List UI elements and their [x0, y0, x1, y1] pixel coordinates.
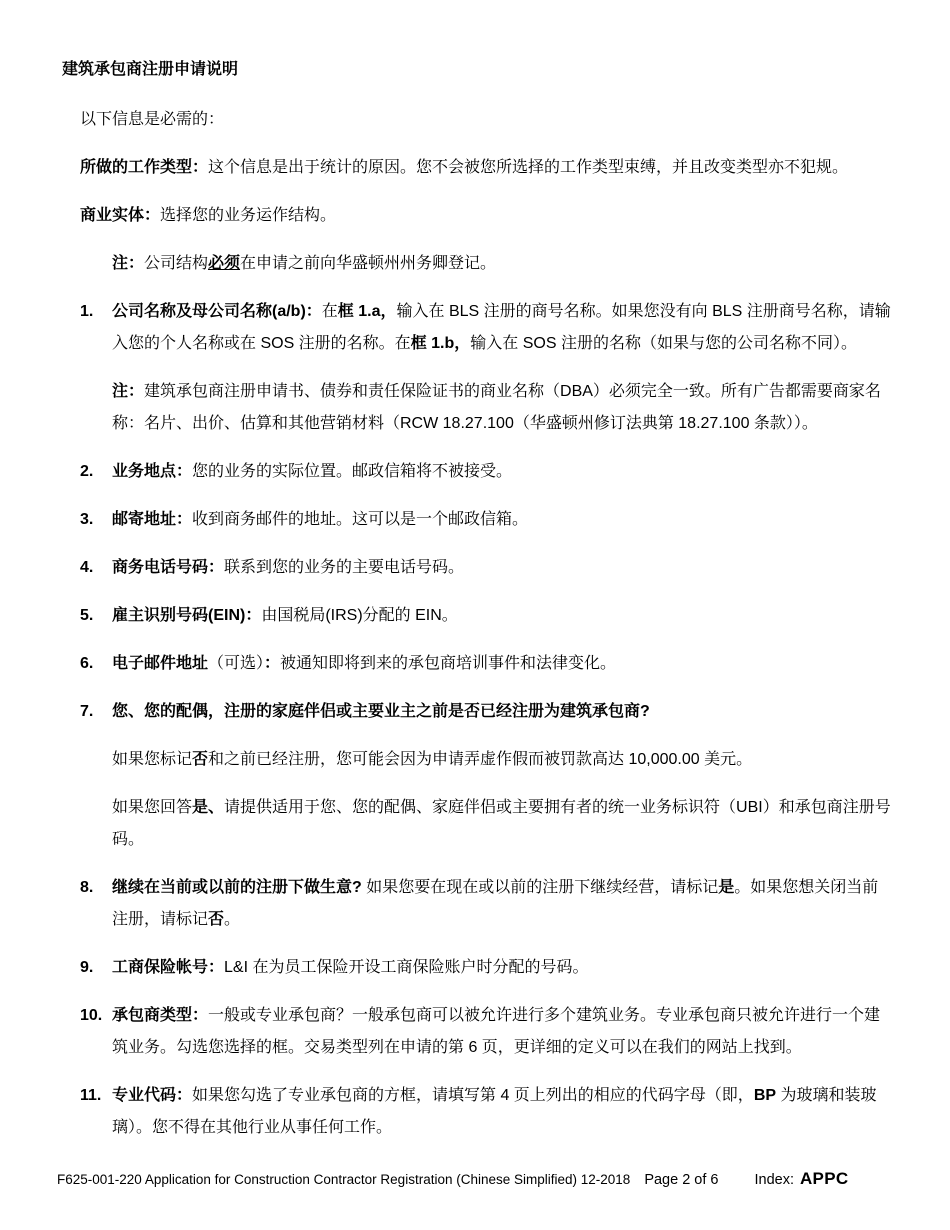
text-segment: 必须: [208, 255, 240, 272]
document-page: 建筑承包商注册申请说明 以下信息是必需的：所做的工作类型：这个信息是出于统计的原…: [0, 0, 950, 1230]
indented-paragraph: 注：建筑承包商注册申请书、债券和责任保险证书的商业名称（DBA）必须完全一致。所…: [112, 376, 892, 440]
text-segment: 以下信息是必需的：: [80, 111, 224, 128]
text-segment: 继续在当前或以前的注册下做生意?: [112, 879, 362, 896]
numbered-item: 7.您、您的配偶，注册的家庭伴侣或主要业主之前是否已经注册为建筑承包商?: [80, 696, 892, 728]
text-segment: 公司名称及母公司名称(a/b)：: [112, 303, 322, 320]
text-segment: 框 1.b，: [411, 335, 471, 352]
text-segment: 邮寄地址：: [112, 511, 192, 528]
paragraph: 商业实体：选择您的业务运作结构。: [80, 200, 892, 232]
text-segment: 如果您回答: [112, 799, 192, 816]
item-number: 7.: [80, 696, 112, 728]
numbered-item: 5.雇主识别号码(EIN)：由国税局(IRS)分配的 EIN。: [80, 600, 892, 632]
text-segment: 收到商务邮件的地址。这可以是一个邮政信箱。: [192, 511, 528, 528]
text-segment: 业务地点：: [112, 463, 192, 480]
numbered-item: 6.电子邮件地址（可选）：被通知即将到来的承包商培训事件和法律变化。: [80, 648, 892, 680]
text-segment: 请提供适用于您、您的配偶、家庭伴侣或主要拥有者的统一业务标识符（UBI）和承包商…: [112, 799, 891, 848]
text-segment: 承包商类型：: [112, 1007, 208, 1024]
text-segment: 如果您要在现在或以前的注册下继续经营，请标记: [362, 879, 718, 896]
footer-index-label: Index:: [754, 1169, 794, 1191]
text-segment: 如果您标记: [112, 751, 192, 768]
page-footer: F625-001-220 Application for Constructio…: [57, 1168, 892, 1191]
item-number: 11.: [80, 1080, 112, 1144]
item-text: 公司名称及母公司名称(a/b)：在框 1.a，输入在 BLS 注册的商号名称。如…: [112, 296, 892, 360]
item-text: 雇主识别号码(EIN)：由国税局(IRS)分配的 EIN。: [112, 600, 892, 632]
indented-paragraph: 注：公司结构必须在申请之前向华盛顿州州务卿登记。: [112, 248, 892, 280]
indented-paragraph: 如果您回答是、请提供适用于您、您的配偶、家庭伴侣或主要拥有者的统一业务标识符（U…: [112, 792, 892, 856]
text-segment: 联系到您的业务的主要电话号码。: [224, 559, 464, 576]
text-segment: 您的业务的实际位置。邮政信箱将不被接受。: [192, 463, 512, 480]
item-number: 5.: [80, 600, 112, 632]
item-text: 商务电话号码：联系到您的业务的主要电话号码。: [112, 552, 892, 584]
text-segment: 否: [208, 911, 224, 928]
item-text: 邮寄地址：收到商务邮件的地址。这可以是一个邮政信箱。: [112, 504, 892, 536]
item-text: 继续在当前或以前的注册下做生意? 如果您要在现在或以前的注册下继续经营，请标记是…: [112, 872, 892, 936]
item-text: 电子邮件地址（可选）：被通知即将到来的承包商培训事件和法律变化。: [112, 648, 892, 680]
text-segment: 是: [718, 879, 734, 896]
text-segment: 框 1.a，: [338, 303, 397, 320]
text-segment: 由国税局(IRS)分配的 EIN。: [261, 607, 457, 624]
document-title: 建筑承包商注册申请说明: [62, 54, 892, 86]
text-segment: 一般或专业承包商？一般承包商可以被允许进行多个建筑业务。专业承包商只被允许进行一…: [112, 1007, 880, 1056]
footer-page-indicator: Page 2 of 6: [644, 1169, 718, 1191]
text-segment: 在: [322, 303, 338, 320]
document-body: 以下信息是必需的：所做的工作类型：这个信息是出于统计的原因。您不会被您所选择的工…: [62, 104, 892, 1144]
paragraph: 以下信息是必需的：: [80, 104, 892, 136]
text-segment: 被通知即将到来的承包商培训事件和法律变化。: [280, 655, 616, 672]
text-segment: 否: [192, 751, 208, 768]
text-segment: 选择您的业务运作结构。: [160, 207, 336, 224]
item-number: 8.: [80, 872, 112, 936]
item-text: 承包商类型：一般或专业承包商？一般承包商可以被允许进行多个建筑业务。专业承包商只…: [112, 1000, 892, 1064]
text-segment: 公司结构: [144, 255, 208, 272]
numbered-item: 8.继续在当前或以前的注册下做生意? 如果您要在现在或以前的注册下继续经营，请标…: [80, 872, 892, 936]
footer-form-id: F625-001-220 Application for Constructio…: [57, 1169, 630, 1191]
text-segment: 雇主识别号码(EIN)：: [112, 607, 261, 624]
text-segment: 注：: [112, 383, 144, 400]
numbered-item: 11.专业代码：如果您勾选了专业承包商的方框，请填写第 4 页上列出的相应的代码…: [80, 1080, 892, 1144]
paragraph: 所做的工作类型：这个信息是出于统计的原因。您不会被您所选择的工作类型束缚，并且改…: [80, 152, 892, 184]
text-segment: 建筑承包商注册申请书、债券和责任保险证书的商业名称（DBA）必须完全一致。所有广…: [112, 383, 881, 432]
text-segment: 在申请之前向华盛顿州州务卿登记。: [240, 255, 496, 272]
item-number: 1.: [80, 296, 112, 360]
item-number: 10.: [80, 1000, 112, 1064]
item-number: 9.: [80, 952, 112, 984]
numbered-item: 10.承包商类型：一般或专业承包商？一般承包商可以被允许进行多个建筑业务。专业承…: [80, 1000, 892, 1064]
text-segment: 电子邮件地址: [112, 655, 208, 672]
numbered-item: 9.工商保险帐号：L&I 在为员工保险开设工商保险账户时分配的号码。: [80, 952, 892, 984]
numbered-item: 4.商务电话号码：联系到您的业务的主要电话号码。: [80, 552, 892, 584]
item-text: 工商保险帐号：L&I 在为员工保险开设工商保险账户时分配的号码。: [112, 952, 892, 984]
text-segment: 商务电话号码：: [112, 559, 224, 576]
item-text: 您、您的配偶，注册的家庭伴侣或主要业主之前是否已经注册为建筑承包商?: [112, 696, 892, 728]
text-segment: 专业代码：: [112, 1087, 192, 1104]
text-segment: ：: [264, 655, 280, 672]
indented-paragraph: 如果您标记否和之前已经注册，您可能会因为申请弄虚作假而被罚款高达 10,000.…: [112, 744, 892, 776]
text-segment: 和之前已经注册，您可能会因为申请弄虚作假而被罚款高达 10,000.00 美元。: [208, 751, 752, 768]
numbered-item: 3.邮寄地址：收到商务邮件的地址。这可以是一个邮政信箱。: [80, 504, 892, 536]
text-segment: 工商保险帐号：: [112, 959, 224, 976]
text-segment: 输入在 SOS 注册的名称（如果与您的公司名称不同）。: [470, 335, 857, 352]
text-segment: 注：: [112, 255, 144, 272]
item-text: 专业代码：如果您勾选了专业承包商的方框，请填写第 4 页上列出的相应的代码字母（…: [112, 1080, 892, 1144]
item-number: 3.: [80, 504, 112, 536]
numbered-item: 2.业务地点：您的业务的实际位置。邮政信箱将不被接受。: [80, 456, 892, 488]
item-number: 2.: [80, 456, 112, 488]
text-segment: BP: [754, 1087, 776, 1104]
text-segment: L&I 在为员工保险开设工商保险账户时分配的号码。: [224, 959, 588, 976]
text-segment: 。: [224, 911, 240, 928]
numbered-item: 1.公司名称及母公司名称(a/b)：在框 1.a，输入在 BLS 注册的商号名称…: [80, 296, 892, 360]
text-segment: （可选）: [208, 655, 264, 672]
text-segment: 您、您的配偶，注册的家庭伴侣或主要业主之前是否已经注册为建筑承包商?: [112, 703, 650, 720]
footer-index-value: APPC: [800, 1168, 848, 1190]
item-number: 6.: [80, 648, 112, 680]
text-segment: 商业实体：: [80, 207, 160, 224]
item-text: 业务地点：您的业务的实际位置。邮政信箱将不被接受。: [112, 456, 892, 488]
text-segment: 这个信息是出于统计的原因。您不会被您所选择的工作类型束缚，并且改变类型亦不犯规。: [208, 159, 848, 176]
item-number: 4.: [80, 552, 112, 584]
text-segment: 如果您勾选了专业承包商的方框，请填写第 4 页上列出的相应的代码字母（即，: [192, 1087, 754, 1104]
text-segment: 是、: [192, 799, 224, 816]
text-segment: 所做的工作类型：: [80, 159, 208, 176]
